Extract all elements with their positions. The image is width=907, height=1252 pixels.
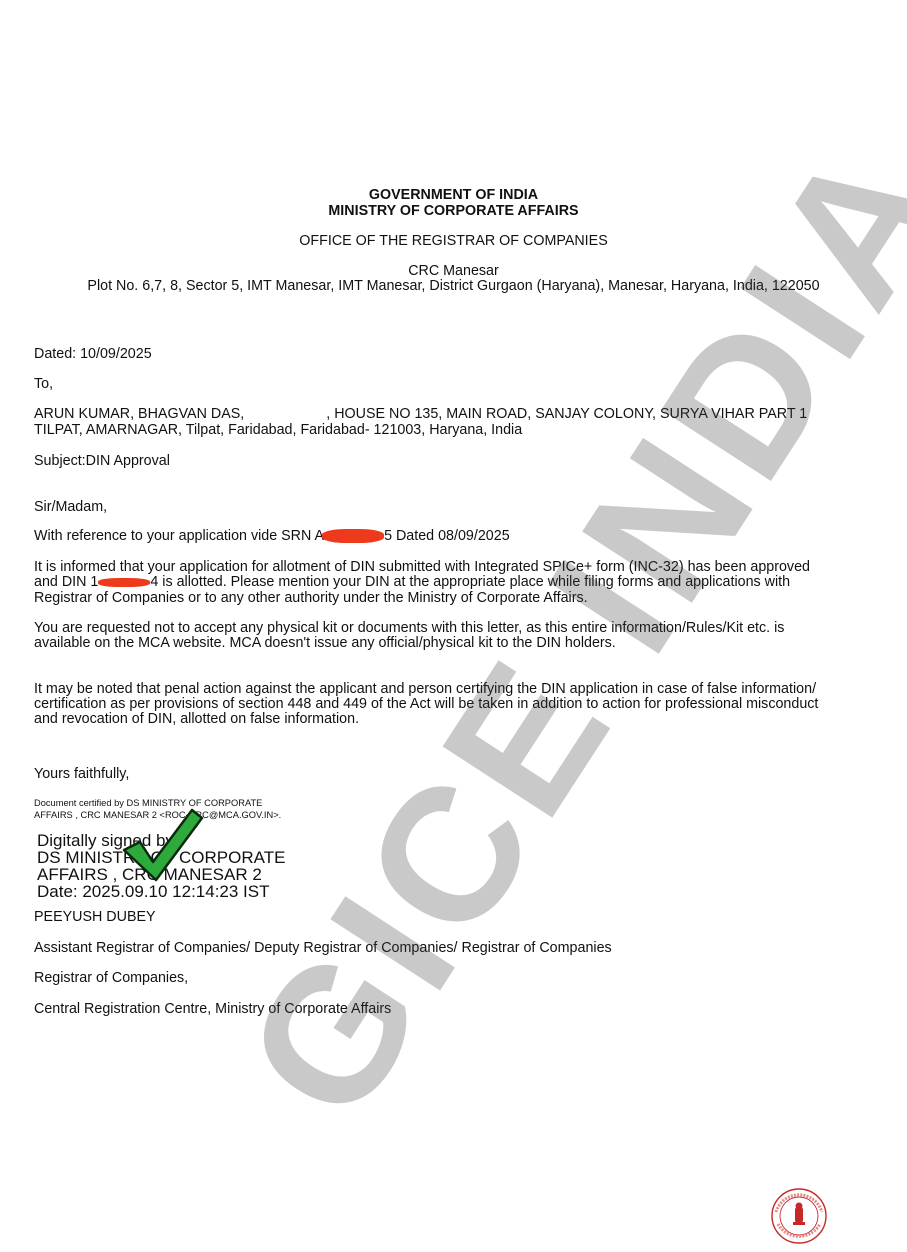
signatory-name: PEEYUSH DUBEY: [34, 909, 156, 925]
header-office: OFFICE OF THE REGISTRAR OF COMPANIES: [0, 233, 907, 249]
signed-line-4: Date: 2025.09.10 12:14:23 IST: [37, 883, 270, 901]
header-ministry: MINISTRY OF CORPORATE AFFAIRS: [0, 203, 907, 219]
reference-date: 5 Dated 08/09/2025: [384, 528, 510, 544]
letter-closing: Yours faithfully,: [34, 766, 129, 782]
signatory-centre: Central Registration Centre, Ministry of…: [34, 1001, 391, 1017]
addressee-line-2: TILPAT, AMARNAGAR, Tilpat, Faridabad, Fa…: [34, 422, 522, 438]
signature-valid-check-icon: [116, 808, 206, 883]
para3-line1: It may be noted that penal action agains…: [34, 681, 816, 697]
roc-seal-icon: [766, 1186, 832, 1246]
addressee-line-1: ARUN KUMAR, BHAGVAN DAS,, HOUSE NO 135, …: [34, 406, 807, 422]
din-redaction: [98, 578, 150, 587]
header-government: GOVERNMENT OF INDIA: [0, 187, 907, 203]
reference-line: With reference to your application vide …: [34, 528, 510, 544]
header-address: Plot No. 6,7, 8, Sector 5, IMT Manesar, …: [0, 278, 907, 294]
letter-subject: Subject:DIN Approval: [34, 453, 170, 469]
addressee-name: ARUN KUMAR, BHAGVAN DAS,: [34, 406, 244, 422]
para2-line1: You are requested not to accept any phys…: [34, 620, 784, 636]
para1-line1: It is informed that your application for…: [34, 559, 810, 575]
para1-line2-rest: 4 is allotted. Please mention your DIN a…: [150, 574, 790, 590]
para1-line2: and DIN 14 is allotted. Please mention y…: [34, 574, 790, 590]
signatory-designation: Assistant Registrar of Companies/ Deputy…: [34, 940, 612, 956]
para1-line3: Registrar of Companies or to any other a…: [34, 590, 588, 606]
reference-text: With reference to your application vide …: [34, 528, 324, 544]
letter-salutation: Sir/Madam,: [34, 499, 107, 515]
letter-page: GOVERNMENT OF INDIA MINISTRY OF CORPORAT…: [0, 0, 907, 1252]
header-centre: CRC Manesar: [0, 263, 907, 279]
letter-date: Dated: 10/09/2025: [34, 346, 152, 362]
para2-line2: available on the MCA website. MCA doesn'…: [34, 635, 616, 651]
addressee-address: , HOUSE NO 135, MAIN ROAD, SANJAY COLONY…: [326, 406, 807, 422]
signatory-office: Registrar of Companies,: [34, 970, 188, 986]
din-text: and DIN 1: [34, 574, 98, 590]
letter-to: To,: [34, 376, 53, 392]
para3-line3: and revocation of DIN, allotted on false…: [34, 711, 359, 727]
para3-line2: certification as per provisions of secti…: [34, 696, 818, 712]
srn-redaction: [322, 529, 384, 543]
